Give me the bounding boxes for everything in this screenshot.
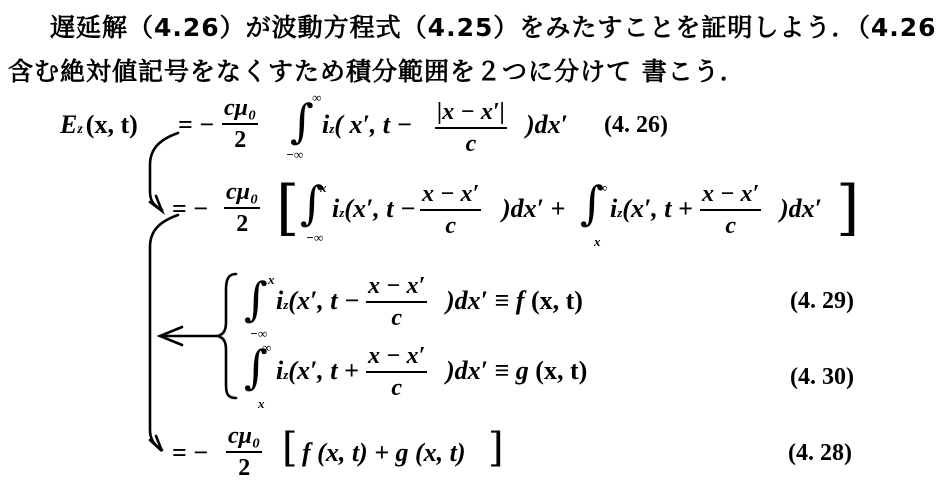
coef-num: cμ₀ [224,180,260,209]
eq2-coef: cμ₀ 2 [224,180,260,236]
fn-args: (x, t) [535,356,587,385]
upper-limit: ∞ [312,90,321,106]
lower-limit: −∞ [306,230,323,246]
eq2-term1-open: iz(x′, t − [332,196,416,222]
eq2-term2-frac: x − x′ c [700,182,761,238]
lower-limit: x [258,396,265,412]
fn-g: g [516,356,529,385]
coef-den: 2 [222,125,258,152]
coef-den: 2 [224,209,260,236]
lower-limit: −∞ [286,147,303,163]
left-bracket: [ [276,178,299,238]
frac-num: x − x′ [700,182,761,211]
args-close: )dx′ ≡ [446,286,516,315]
left-bracket: [ [282,428,298,468]
eq30-close: )dx′ ≡ g (x, t) [446,358,587,384]
eq-label-4-29: (4. 29) [790,288,854,315]
lhs-symbol: E [60,110,77,139]
integral-sign: ∫ [290,98,314,144]
eq2-term1-close: )dx′ + [502,196,565,222]
frac-den: c [700,211,761,238]
fn-args: (x, t) [531,286,583,315]
eq2-term2-open: iz(x′, t + [610,196,693,222]
inner-brace [218,274,236,398]
frac-num: |x − x′| [435,100,507,129]
eq1-frac: |x − x′| c [435,100,507,156]
eq29-frac: x − x′ c [366,274,427,330]
eq28-body: f (x, t) + g (x, t) [302,440,466,466]
eq1-args-close: )dx′ [526,112,568,138]
upper-limit: ∞ [598,180,607,196]
eq28-coef: cμ₀ 2 [226,424,262,480]
args-open: ( x′, t − [334,110,412,139]
eq29-close: )dx′ ≡ f (x, t) [446,288,583,314]
frac-num: x − x′ [420,182,481,211]
args-close: )dx′ ≡ [446,356,516,385]
args-open: (x′, t + [288,356,359,385]
upper-limit: x [320,180,327,196]
eq-label-4-28: (4. 28) [788,440,852,467]
frac-num: x − x′ [366,274,427,303]
eq-label-4-26: (4. 26) [604,112,668,139]
eq30-open: iz(x′, t + [276,358,359,384]
frac-den: c [366,373,427,400]
upper-limit: x [268,272,275,288]
eq1-prefix: = − [178,112,214,138]
eq30-frac: x − x′ c [366,344,427,400]
args-open: (x′, t − [344,194,415,223]
eq1-coef: cμ₀ 2 [222,96,258,152]
lower-limit: x [594,234,601,250]
args-open: (x′, t + [622,194,693,223]
eq28-prefix: = − [172,440,208,466]
upper-limit: ∞ [262,340,271,356]
right-bracket: ] [488,428,504,468]
right-bracket: ] [836,178,859,238]
frac-den: c [435,129,507,156]
lhs-subscript: z [77,122,82,137]
coef-num: cμ₀ [222,96,258,125]
integral-sign: ∫ [244,276,268,322]
frac-den: c [366,303,427,330]
coef-den: 2 [226,453,262,480]
lhs-args: (x, t) [86,110,138,139]
eq2-prefix: = − [172,196,208,222]
args-open: (x′, t − [288,286,359,315]
frac-den: c [420,211,481,238]
bracket-lower [150,215,178,450]
eq29-open: iz(x′, t − [276,288,360,314]
eq2-term2-close: )dx′ [780,196,822,222]
eq-label-4-30: (4. 30) [790,364,854,391]
eq1-integrand: iz( x′, t − [322,112,412,138]
frac-num: x − x′ [366,344,427,373]
lhs-E: Ez(x, t) [60,112,138,138]
derivation-arrows [0,0,937,493]
eq2-term1-frac: x − x′ c [420,182,481,238]
fn-f: f [516,286,525,315]
coef-num: cμ₀ [226,424,262,453]
